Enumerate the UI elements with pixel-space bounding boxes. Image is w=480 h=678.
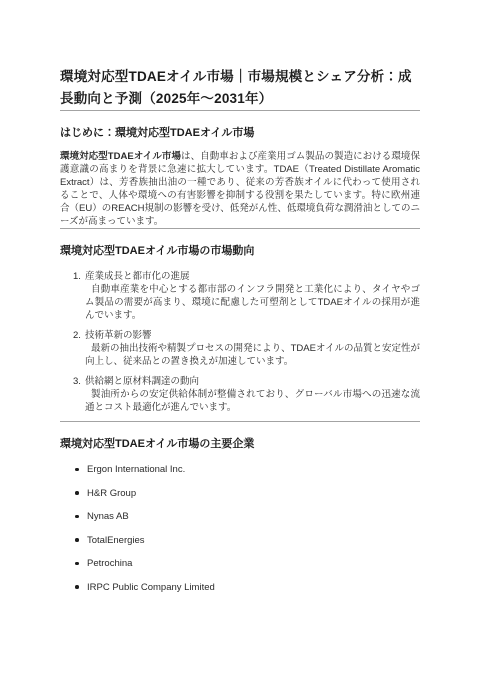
section-divider [60, 228, 420, 229]
trend-item-title: 産業成長と都市化の進展 [85, 270, 420, 283]
company-item: Nynas AB [60, 510, 420, 523]
trend-item: 1. 産業成長と都市化の進展 自動車産業を中心とする都市部のインフラ開発と工業化… [60, 270, 420, 322]
trend-item-number: 1. [73, 270, 81, 283]
trend-item-title: 供給網と原材料調達の動向 [85, 375, 420, 388]
trend-item: 2. 技術革新の影響 最新の抽出技術や精製プロセスの開発により、TDAEオイルの… [60, 329, 420, 368]
trend-item-number: 2. [73, 329, 81, 342]
company-item: Ergon International Inc. [60, 463, 420, 476]
section-divider [60, 110, 420, 111]
bullet-icon [75, 562, 79, 566]
company-name: TotalEnergies [87, 535, 145, 546]
bullet-icon [75, 491, 79, 495]
trend-item-description: 最新の抽出技術や精製プロセスの開発により、TDAEオイルの品質と安定性が向上し、… [85, 342, 420, 368]
trend-item-description: 製油所からの安定供給体制が整備されており、グローバル市場への迅速な流通とコスト最… [85, 388, 420, 414]
company-name: Petrochina [87, 558, 132, 569]
company-item: TotalEnergies [60, 534, 420, 547]
company-item: H&R Group [60, 487, 420, 500]
trend-item: 3. 供給網と原材料調達の動向 製油所からの安定供給体制が整備されており、グロー… [60, 375, 420, 414]
company-list: Ergon International Inc. H&R Group Nynas… [60, 463, 420, 594]
companies-section-heading: 環境対応型TDAEオイル市場の主要企業 [60, 437, 420, 451]
intro-paragraph: 環境対応型TDAEオイル市場は、自動車および産業用ゴム製品の製造における環境保護… [60, 150, 420, 228]
company-name: Nynas AB [87, 511, 129, 522]
intro-paragraph-body: は、自動車および産業用ゴム製品の製造における環境保護意識の高まりを背景に急速に拡… [60, 151, 420, 227]
company-name: Ergon International Inc. [87, 464, 185, 475]
page-title: 環境対応型TDAEオイル市場｜市場規模とシェア分析：成長動向と予測（2025年～… [60, 66, 420, 110]
section-divider [60, 421, 420, 422]
document-page: 環境対応型TDAEオイル市場｜市場規模とシェア分析：成長動向と予測（2025年～… [0, 0, 480, 678]
trend-item-title: 技術革新の影響 [85, 329, 420, 342]
intro-paragraph-lead: 環境対応型TDAEオイル市場 [60, 151, 181, 162]
bullet-icon [75, 538, 79, 542]
trend-list: 1. 産業成長と都市化の進展 自動車産業を中心とする都市部のインフラ開発と工業化… [60, 270, 420, 414]
company-item: IRPC Public Company Limited [60, 581, 420, 594]
company-item: Petrochina [60, 557, 420, 570]
bullet-icon [75, 468, 79, 472]
intro-section-heading: はじめに：環境対応型TDAEオイル市場 [60, 126, 420, 140]
company-name: H&R Group [87, 488, 136, 499]
bullet-icon [75, 515, 79, 519]
bullet-icon [75, 585, 79, 589]
trends-section-heading: 環境対応型TDAEオイル市場の市場動向 [60, 244, 420, 258]
trend-item-description: 自動車産業を中心とする都市部のインフラ開発と工業化により、タイヤやゴム製品の需要… [85, 283, 420, 322]
company-name: IRPC Public Company Limited [87, 582, 215, 593]
trend-item-number: 3. [73, 375, 81, 388]
